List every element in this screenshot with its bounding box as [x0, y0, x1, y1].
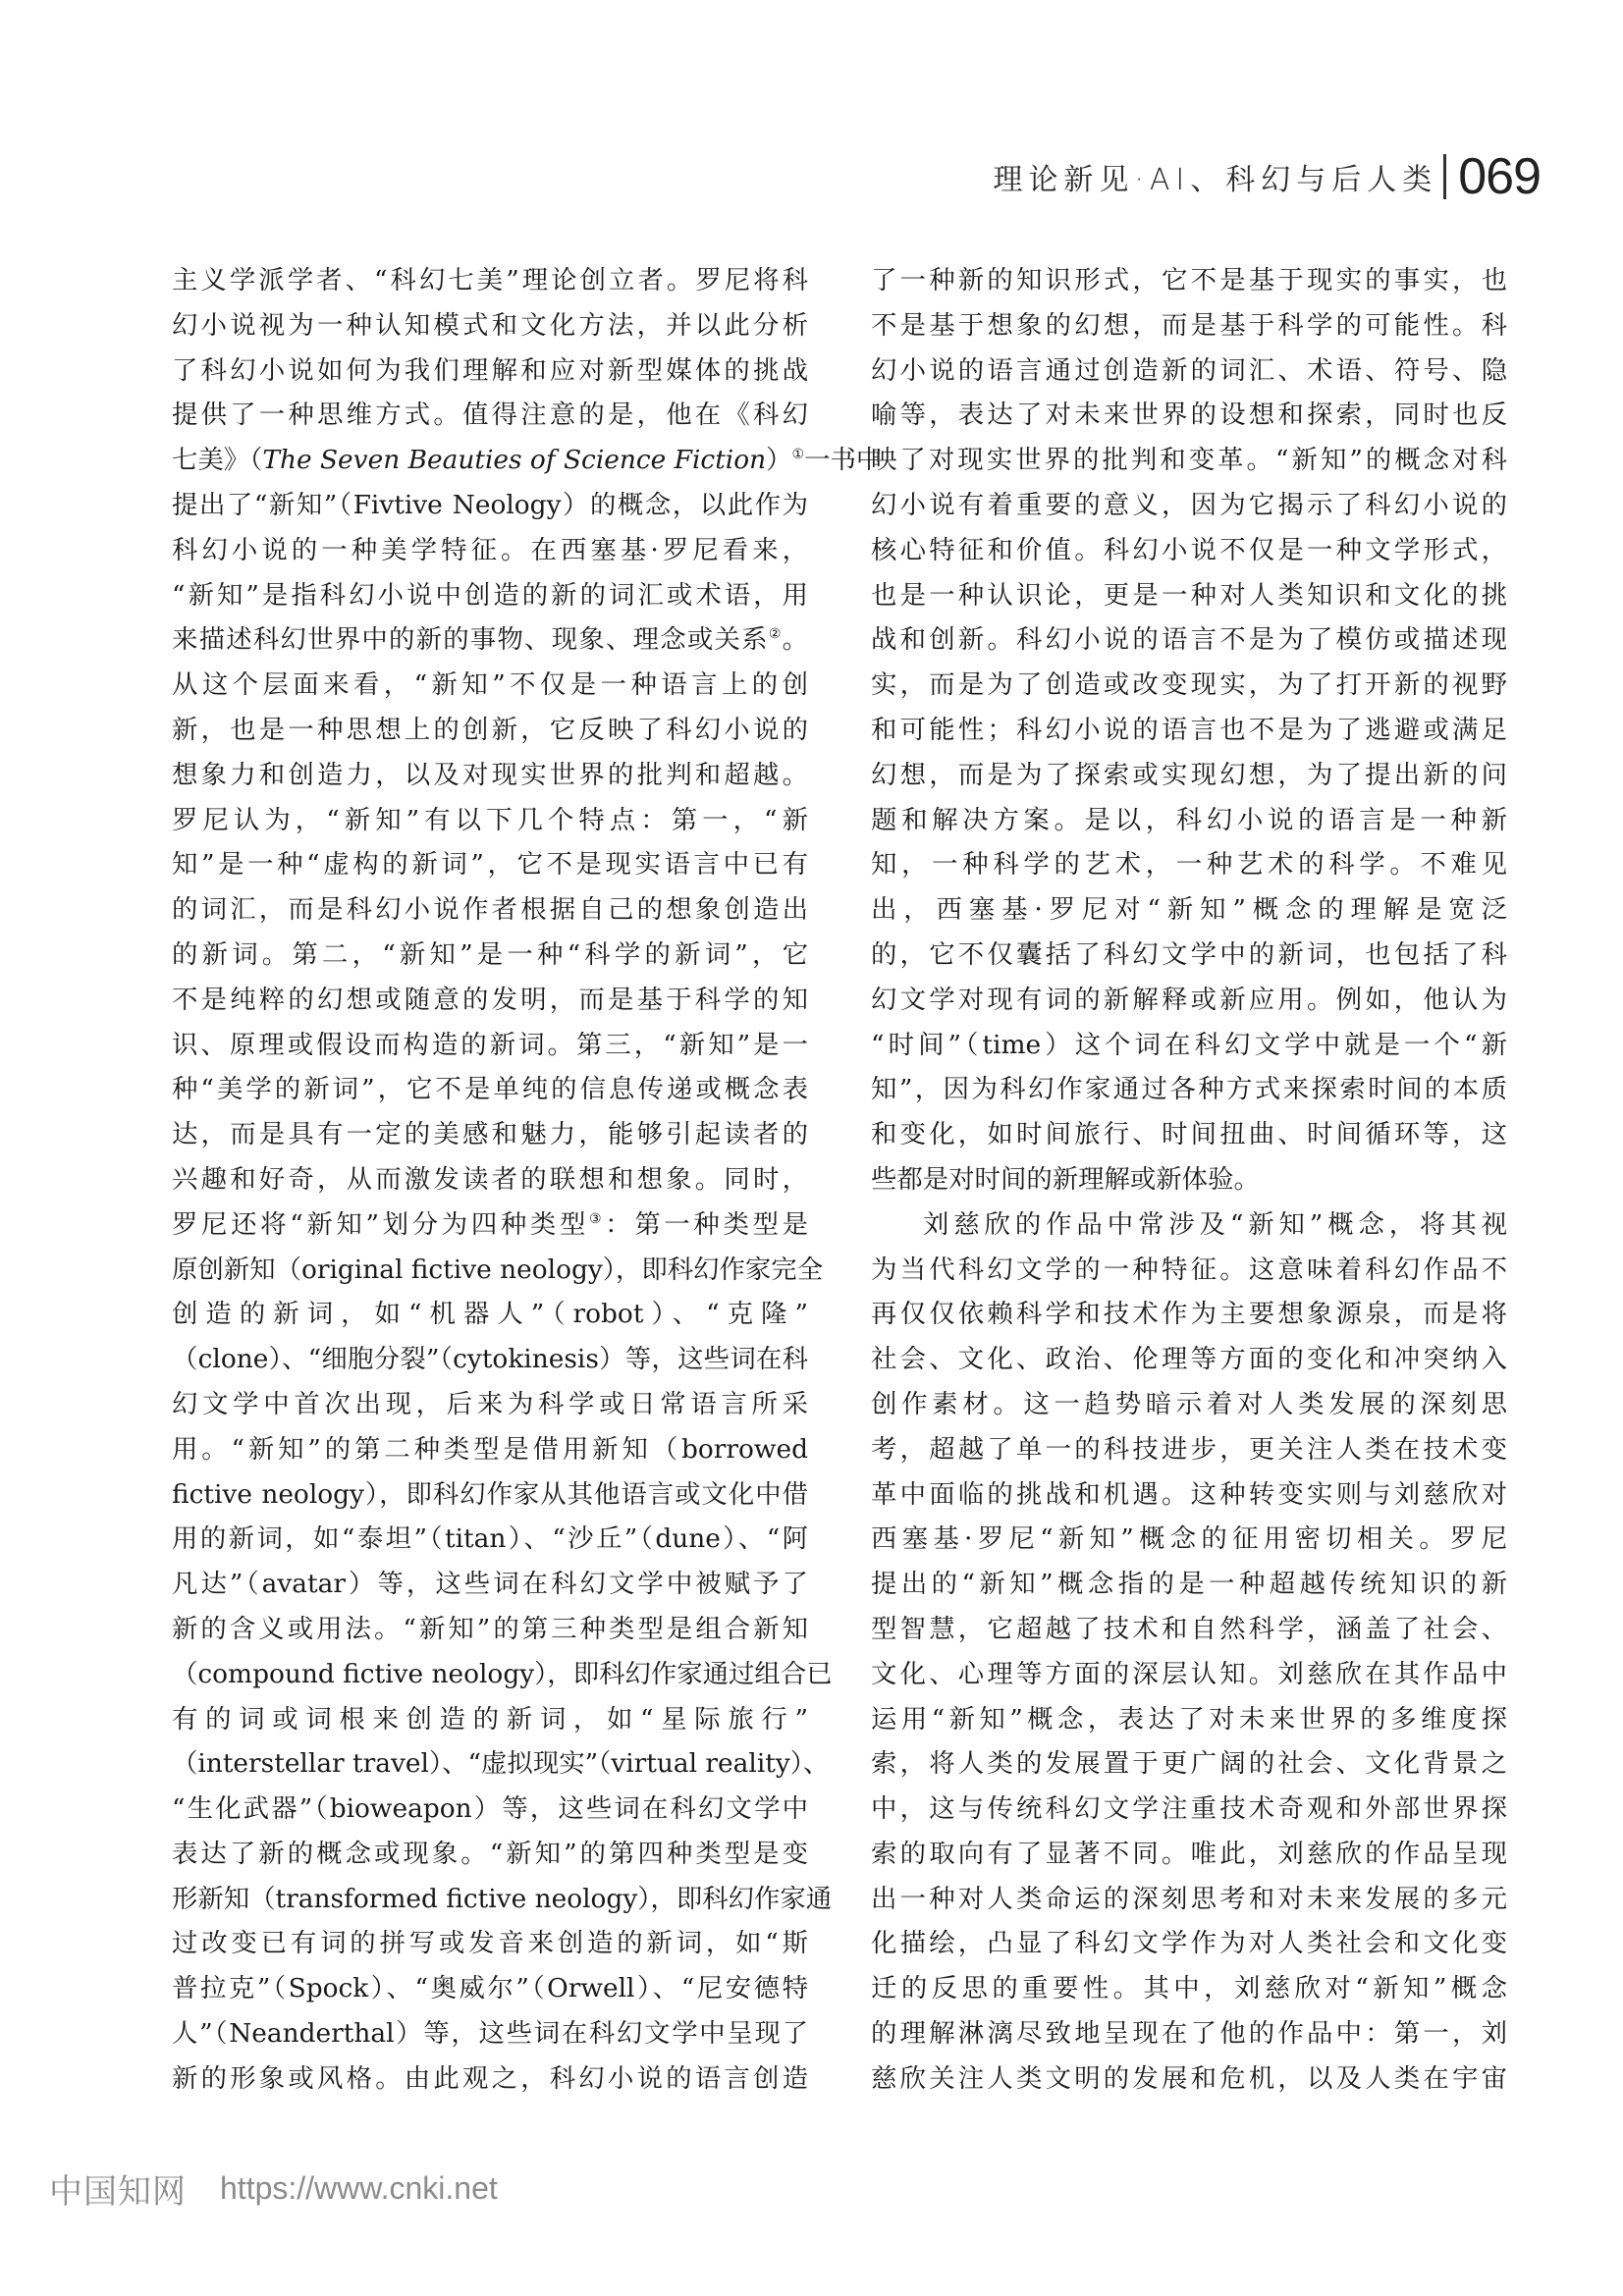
text-line: 人”（Neanderthal）等，这些词在科幻文学中呈现了	[172, 2011, 808, 2056]
text-line: 的新词。第二，“新知”是一种“科学的新词”，它	[172, 933, 808, 978]
line-text: 索，将人类的发展置于更广阔的社会、文化背景之	[871, 1748, 1507, 1779]
line-text: 幻小说有着重要的意义，因为它揭示了科幻小说的	[871, 490, 1507, 520]
line-text: 不是基于想象的幻想，而是基于科学的可能性。科	[871, 310, 1507, 341]
line-text: ）	[766, 445, 791, 475]
line-text: 来描述科幻世界中的新的事物、现象、理念或关系	[172, 624, 769, 655]
right-column: 了一种新的知识形式，它不是基于现实的事实，也不是基于想象的幻想，而是基于科学的可…	[871, 258, 1507, 2102]
text-line: 新的形象或风格。由此观之，科幻小说的语言创造	[172, 2056, 808, 2102]
line-text: 人”（Neanderthal）等，这些词在科幻文学中呈现了	[172, 2018, 808, 2049]
text-line: 来描述科幻世界中的新的事物、现象、理念或关系②。	[172, 617, 808, 663]
text-line: 中，这与传统科幻文学注重技术奇观和外部世界探	[871, 1787, 1507, 1832]
line-text: 考，超越了单一的科技进步，更关注人类在技术变	[871, 1434, 1507, 1465]
line-text: 提供了一种思维方式。值得注意的是，他在《科幻	[172, 400, 808, 430]
article-body: 主义学派学者、“科幻七美”理论创立者。罗尼将科幻小说视为一种认知模式和文化方法，…	[172, 258, 1507, 2102]
line-text: 想象力和创造力，以及对现实世界的批判和超越。	[172, 760, 808, 790]
line-text: 些都是对时间的新理解或新体验。	[871, 1164, 1260, 1195]
text-line: 些都是对时间的新理解或新体验。	[871, 1157, 1507, 1202]
text-line: 新，也是一种思想上的创新，它反映了科幻小说的	[172, 708, 808, 753]
text-line: 文化、心理等方面的深层认知。刘慈欣在其作品中	[871, 1652, 1507, 1697]
line-text: 革中面临的挑战和机遇。这种转变实则与刘慈欣对	[871, 1479, 1507, 1510]
text-line: 再仅仅依赖科学和技术作为主要想象源泉，而是将	[871, 1292, 1507, 1337]
watermark-brand: 中国知网	[49, 2164, 187, 2213]
line-text: 知，一种科学的艺术，一种艺术的科学。不难见	[871, 849, 1507, 880]
line-text: 用的新词，如“泰坦”（titan）、“沙丘”（dune）、“阿	[172, 1523, 808, 1554]
text-line: 提出了“新知”（Fivtive Neology）的概念，以此作为	[172, 483, 808, 528]
line-text: 提出了“新知”（Fivtive Neology）的概念，以此作为	[172, 490, 808, 520]
text-line: 从这个层面来看，“新知”不仅是一种语言上的创	[172, 663, 808, 708]
text-line: 普拉克”（Spock）、“奥威尔”（Orwell）、“尼安德特	[172, 1966, 808, 2011]
line-text: “时间”（time）这个词在科幻文学中就是一个“新	[871, 1030, 1507, 1060]
line-text: 过改变已有词的拼写或发音来创造的新词，如“斯	[172, 1928, 808, 1958]
text-line: 兴趣和好奇，从而激发读者的联想和想象。同时，	[172, 1157, 808, 1202]
text-line: 运用“新知”概念，表达了对未来世界的多维度探	[871, 1697, 1507, 1742]
line-text: 迁的反思的重要性。其中，刘慈欣对“新知”概念	[871, 1973, 1507, 2003]
text-line: 喻等，表达了对未来世界的设想和探索，同时也反	[871, 393, 1507, 438]
line-text: 的，它不仅囊括了科幻文学中的新词，也包括了科	[871, 939, 1507, 970]
text-line: 原创新知（original fictive neology），即科幻作家完全	[172, 1248, 808, 1293]
line-text: 主义学派学者、“科幻七美”理论创立者。罗尼将科	[172, 265, 808, 295]
line-text: 知”，因为科幻作家通过各种方式来探索时间的本质	[871, 1074, 1507, 1104]
text-line: 题和解决方案。是以，科幻小说的语言是一种新	[871, 798, 1507, 843]
text-line: （interstellar travel）、“虚拟现实”（virtual rea…	[172, 1741, 808, 1787]
line-text: 新的形象或风格。由此观之，科幻小说的语言创造	[172, 2063, 808, 2094]
header-divider	[1443, 154, 1446, 199]
line-text: fictive neology），即科幻作家从其他语言或文化中借	[172, 1479, 808, 1510]
text-line: 凡达”（avatar）等，这些词在科幻文学中被赋予了	[172, 1562, 808, 1607]
text-line: （compound fictive neology），即科幻作家通过组合已	[172, 1652, 808, 1697]
line-text: 也是一种认识论，更是一种对人类知识和文化的挑	[871, 580, 1507, 611]
text-line: 不是纯粹的幻想或随意的发明，而是基于科学的知	[172, 978, 808, 1023]
line-text: 创作素材。这一趋势暗示着对人类发展的深刻思	[871, 1389, 1507, 1419]
line-text: 新的含义或用法。“新知”的第三种类型是组合新知	[172, 1614, 808, 1644]
text-line: fictive neology），即科幻作家从其他语言或文化中借	[172, 1472, 808, 1518]
text-line: 化描绘，凸显了科幻文学作为对人类社会和文化变	[871, 1921, 1507, 1966]
line-text: 型智慧，它超越了技术和自然科学，涵盖了社会、	[871, 1614, 1507, 1644]
text-line: 幻文学中首次出现，后来为科学或日常语言所采	[172, 1382, 808, 1427]
line-text: 罗尼认为，“新知”有以下几个特点：第一，“新	[172, 805, 808, 835]
line-text: 出，西塞基·罗尼对“新知”概念的理解是宽泛	[871, 894, 1507, 925]
text-line: “新知”是指科幻小说中创造的新的词汇或术语，用	[172, 573, 808, 618]
text-line: 种“美学的新词”，它不是单纯的信息传递或概念表	[172, 1067, 808, 1112]
line-text: 刘慈欣的作品中常涉及“新知”概念，将其视	[923, 1209, 1507, 1240]
text-line: 用。“新知”的第二种类型是借用新知（borrowed	[172, 1427, 808, 1472]
line-text: 和变化，如时间旅行、时间扭曲、时间循环等，这	[871, 1119, 1507, 1149]
text-line: 出一种对人类命运的深刻思考和对未来发展的多元	[871, 1877, 1507, 1922]
text-line: 达，而是具有一定的美感和魅力，能够引起读者的	[172, 1112, 808, 1157]
text-line: 识、原理或假设而构造的新词。第三，“新知”是一	[172, 1023, 808, 1068]
line-text: 的理解淋漓尽致地呈现在了他的作品中：第一，刘	[871, 2018, 1507, 2049]
line-text: 核心特征和价值。科幻小说不仅是一种文学形式，	[871, 535, 1507, 565]
line-text: 凡达”（avatar）等，这些词在科幻文学中被赋予了	[172, 1569, 808, 1599]
line-text: 提出的“新知”概念指的是一种超越传统知识的新	[871, 1569, 1507, 1599]
line-text: 化描绘，凸显了科幻文学作为对人类社会和文化变	[871, 1928, 1507, 1958]
text-line: 索的取向有了显著不同。唯此，刘慈欣的作品呈现	[871, 1832, 1507, 1877]
text-line: 为当代科幻文学的一种特征。这意味着科幻作品不	[871, 1248, 1507, 1293]
text-line: 新的含义或用法。“新知”的第三种类型是组合新知	[172, 1607, 808, 1652]
text-line: 索，将人类的发展置于更广阔的社会、文化背景之	[871, 1741, 1507, 1787]
text-line: 出，西塞基·罗尼对“新知”概念的理解是宽泛	[871, 887, 1507, 933]
line-text: 。	[783, 624, 808, 655]
text-line: 革中面临的挑战和机遇。这种转变实则与刘慈欣对	[871, 1472, 1507, 1518]
line-text: 新，也是一种思想上的创新，它反映了科幻小说的	[172, 715, 808, 745]
text-line: 迁的反思的重要性。其中，刘慈欣对“新知”概念	[871, 1966, 1507, 2011]
text-line: 知”是一种“虚构的新词”，它不是现实语言中已有	[172, 842, 808, 887]
line-text: 的新词。第二，“新知”是一种“科学的新词”，它	[172, 939, 808, 970]
text-line: 罗尼认为，“新知”有以下几个特点：第一，“新	[172, 798, 808, 843]
line-text: “新知”是指科幻小说中创造的新的词汇或术语，用	[172, 580, 808, 611]
footnote-marker[interactable]: ①	[792, 447, 805, 462]
text-line: 幻小说的语言通过创造新的词汇、术语、符号、隐	[871, 348, 1507, 394]
page-number: 069	[1458, 151, 1541, 202]
line-text: 原创新知（original fictive neology），即科幻作家完全	[172, 1255, 823, 1285]
text-line: 刘慈欣的作品中常涉及“新知”概念，将其视	[871, 1202, 1507, 1248]
text-line: 了科幻小说如何为我们理解和应对新型媒体的挑战	[172, 348, 808, 394]
text-line: 创造的新词，如“机器人”（robot）、“克隆”	[172, 1292, 808, 1337]
text-line: “生化武器”（bioweapon）等，这些词在科幻文学中	[172, 1787, 808, 1832]
text-line: 创作素材。这一趋势暗示着对人类发展的深刻思	[871, 1382, 1507, 1427]
line-text: （compound fictive neology），即科幻作家通过组合已	[172, 1659, 833, 1689]
text-line: 科幻小说的一种美学特征。在西塞基·罗尼看来，	[172, 528, 808, 573]
text-line: 过改变已有词的拼写或发音来创造的新词，如“斯	[172, 1921, 808, 1966]
text-line: 七美》（The Seven Beauties of Science Fictio…	[172, 438, 808, 483]
line-text: 了一种新的知识形式，它不是基于现实的事实，也	[871, 265, 1507, 295]
line-text: 种“美学的新词”，它不是单纯的信息传递或概念表	[172, 1074, 808, 1104]
line-text: 中，这与传统科幻文学注重技术奇观和外部世界探	[871, 1793, 1507, 1824]
text-line: 西塞基·罗尼“新知”概念的征用密切相关。罗尼	[871, 1517, 1507, 1562]
line-text: 的词汇，而是科幻小说作者根据自己的想象创造出	[172, 894, 808, 925]
line-text: 和可能性；科幻小说的语言也不是为了逃避或满足	[871, 715, 1507, 745]
text-line: 幻小说视为一种认知模式和文化方法，并以此分析	[172, 303, 808, 348]
text-line: 映了对现实世界的批判和变革。“新知”的概念对科	[871, 438, 1507, 483]
line-text: 创造的新词，如“机器人”（robot）、“克隆”	[172, 1299, 808, 1329]
line-text: 运用“新知”概念，表达了对未来世界的多维度探	[871, 1704, 1507, 1735]
text-line: 幻想，而是为了探索或实现幻想，为了提出新的问	[871, 753, 1507, 798]
text-line: 知，一种科学的艺术，一种艺术的科学。不难见	[871, 842, 1507, 887]
line-text: 题和解决方案。是以，科幻小说的语言是一种新	[871, 805, 1507, 835]
text-line: 提供了一种思维方式。值得注意的是，他在《科幻	[172, 393, 808, 438]
text-line: 知”，因为科幻作家通过各种方式来探索时间的本质	[871, 1067, 1507, 1112]
line-text: 文化、心理等方面的深层认知。刘慈欣在其作品中	[871, 1659, 1507, 1689]
line-text: 喻等，表达了对未来世界的设想和探索，同时也反	[871, 400, 1507, 430]
text-line: 实，而是为了创造或改变现实，为了打开新的视野	[871, 663, 1507, 708]
line-text: 实，而是为了创造或改变现实，为了打开新的视野	[871, 669, 1507, 700]
line-text: 幻小说的语言通过创造新的词汇、术语、符号、隐	[871, 355, 1507, 386]
text-line: 的，它不仅囊括了科幻文学中的新词，也包括了科	[871, 933, 1507, 978]
text-line: 想象力和创造力，以及对现实世界的批判和超越。	[172, 753, 808, 798]
text-line: “时间”（time）这个词在科幻文学中就是一个“新	[871, 1023, 1507, 1068]
line-text: 幻文学对现有词的新解释或新应用。例如，他认为	[871, 985, 1507, 1015]
line-text: 为当代科幻文学的一种特征。这意味着科幻作品不	[871, 1255, 1507, 1285]
footnote-marker[interactable]: ③	[589, 1211, 605, 1227]
line-text: “生化武器”（bioweapon）等，这些词在科幻文学中	[172, 1793, 808, 1824]
line-text: 兴趣和好奇，从而激发读者的联想和想象。同时，	[172, 1164, 808, 1195]
line-text: 科幻小说的一种美学特征。在西塞基·罗尼看来，	[172, 535, 808, 565]
text-line: 形新知（transformed fictive neology），即科幻作家通	[172, 1877, 808, 1922]
line-text: 形新知（transformed fictive neology），即科幻作家通	[172, 1884, 832, 1914]
text-line: 社会、文化、政治、伦理等方面的变化和冲突纳入	[871, 1337, 1507, 1382]
text-line: 考，超越了单一的科技进步，更关注人类在技术变	[871, 1427, 1507, 1472]
line-text: 有的词或词根来创造的新词，如“星际旅行”	[172, 1704, 808, 1735]
text-line: 慈欣关注人类文明的发展和危机，以及人类在宇宙	[871, 2056, 1507, 2102]
footnote-marker[interactable]: ②	[769, 626, 783, 642]
text-line: 表达了新的概念或现象。“新知”的第四种类型是变	[172, 1832, 808, 1877]
line-text: ：第一种类型是	[605, 1209, 808, 1240]
line-text: 知”是一种“虚构的新词”，它不是现实语言中已有	[172, 849, 808, 880]
line-text: 了科幻小说如何为我们理解和应对新型媒体的挑战	[172, 355, 808, 386]
text-line: 战和创新。科幻小说的语言不是为了模仿或描述现	[871, 617, 1507, 663]
line-text: 幻小说视为一种认知模式和文化方法，并以此分析	[172, 310, 808, 341]
text-line: 主义学派学者、“科幻七美”理论创立者。罗尼将科	[172, 258, 808, 303]
line-text: （interstellar travel）、“虚拟现实”（virtual rea…	[172, 1748, 829, 1779]
line-text: 表达了新的概念或现象。“新知”的第四种类型是变	[172, 1839, 808, 1869]
line-text: 战和创新。科幻小说的语言不是为了模仿或描述现	[871, 624, 1507, 655]
text-line: 的理解淋漓尽致地呈现在了他的作品中：第一，刘	[871, 2011, 1507, 2056]
line-text: 达，而是具有一定的美感和魅力，能够引起读者的	[172, 1119, 808, 1149]
line-text: 慈欣关注人类文明的发展和危机，以及人类在宇宙	[871, 2063, 1507, 2094]
text-line: 和可能性；科幻小说的语言也不是为了逃避或满足	[871, 708, 1507, 753]
text-line: 有的词或词根来创造的新词，如“星际旅行”	[172, 1697, 808, 1742]
text-line: 了一种新的知识形式，它不是基于现实的事实，也	[871, 258, 1507, 303]
book-title: The Seven Beauties of Science Fiction	[262, 445, 766, 475]
line-text: 映了对现实世界的批判和变革。“新知”的概念对科	[871, 445, 1507, 475]
watermark-url[interactable]: https://www.cnki.net	[220, 2170, 498, 2207]
line-text: 幻文学中首次出现，后来为科学或日常语言所采	[172, 1389, 808, 1419]
cnki-watermark: 中国知网 https://www.cnki.net	[49, 2164, 498, 2213]
line-text: 幻想，而是为了探索或实现幻想，为了提出新的问	[871, 760, 1507, 790]
text-line: 的词汇，而是科幻小说作者根据自己的想象创造出	[172, 887, 808, 933]
text-line: 和变化，如时间旅行、时间扭曲、时间循环等，这	[871, 1112, 1507, 1157]
line-text: 出一种对人类命运的深刻思考和对未来发展的多元	[871, 1884, 1507, 1914]
text-line: 幻小说有着重要的意义，因为它揭示了科幻小说的	[871, 483, 1507, 528]
text-line: 罗尼还将“新知”划分为四种类型③：第一种类型是	[172, 1202, 808, 1248]
running-head: 理论新见·AI、科幻与后人类 069	[993, 147, 1541, 206]
line-text: 用。“新知”的第二种类型是借用新知（borrowed	[172, 1434, 808, 1465]
line-text: （clone）、“细胞分裂”（cytokinesis）等，这些词在科	[172, 1344, 808, 1374]
line-text: 七美》（	[172, 445, 262, 475]
line-text: 社会、文化、政治、伦理等方面的变化和冲突纳入	[871, 1344, 1507, 1374]
text-line: 型智慧，它超越了技术和自然科学，涵盖了社会、	[871, 1607, 1507, 1652]
text-line: 幻文学对现有词的新解释或新应用。例如，他认为	[871, 978, 1507, 1023]
text-line: 提出的“新知”概念指的是一种超越传统知识的新	[871, 1562, 1507, 1607]
text-line: （clone）、“细胞分裂”（cytokinesis）等，这些词在科	[172, 1337, 808, 1382]
line-text: 识、原理或假设而构造的新词。第三，“新知”是一	[172, 1030, 808, 1060]
line-text: 普拉克”（Spock）、“奥威尔”（Orwell）、“尼安德特	[172, 1973, 808, 2003]
text-line: 核心特征和价值。科幻小说不仅是一种文学形式，	[871, 528, 1507, 573]
section-title: 理论新见·AI、科幻与后人类	[993, 155, 1437, 198]
line-text: 从这个层面来看，“新知”不仅是一种语言上的创	[172, 669, 808, 700]
text-line: 也是一种认识论，更是一种对人类知识和文化的挑	[871, 573, 1507, 618]
text-line: 不是基于想象的幻想，而是基于科学的可能性。科	[871, 303, 1507, 348]
line-text: 西塞基·罗尼“新知”概念的征用密切相关。罗尼	[871, 1523, 1507, 1554]
line-text: 不是纯粹的幻想或随意的发明，而是基于科学的知	[172, 985, 808, 1015]
line-text: 罗尼还将“新知”划分为四种类型	[172, 1209, 589, 1240]
text-line: 用的新词，如“泰坦”（titan）、“沙丘”（dune）、“阿	[172, 1517, 808, 1562]
line-text: 再仅仅依赖科学和技术作为主要想象源泉，而是将	[871, 1299, 1507, 1329]
line-text: 索的取向有了显著不同。唯此，刘慈欣的作品呈现	[871, 1839, 1507, 1869]
left-column: 主义学派学者、“科幻七美”理论创立者。罗尼将科幻小说视为一种认知模式和文化方法，…	[172, 258, 808, 2102]
